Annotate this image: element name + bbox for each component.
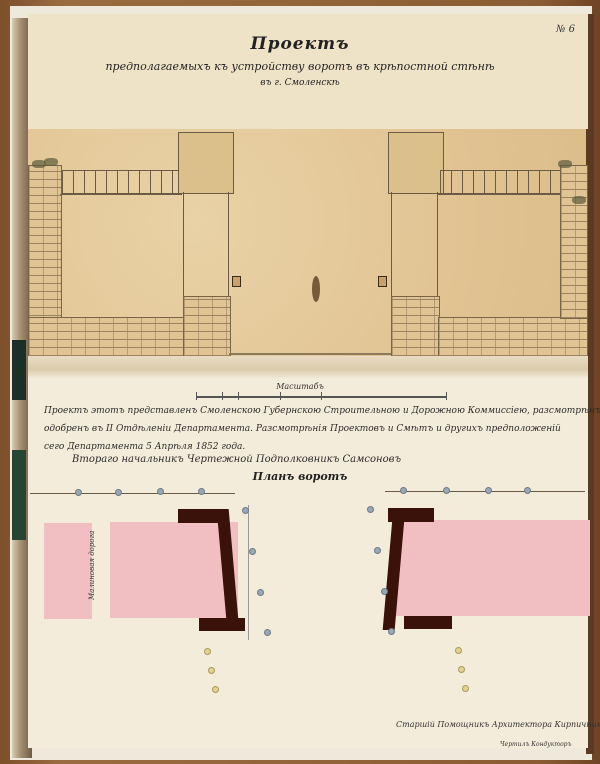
- ink-stain: [312, 276, 320, 302]
- scale-tick: [222, 392, 223, 400]
- ivy-decoration: [558, 160, 572, 168]
- scale-tick: [446, 392, 447, 400]
- post-marker: [264, 629, 271, 636]
- post-marker: [400, 487, 407, 494]
- left-tower-cap: [178, 132, 234, 194]
- ivy-decoration: [44, 158, 58, 166]
- paper-fold: [28, 356, 588, 379]
- post-marker: [257, 589, 264, 596]
- scale-tick: [238, 392, 239, 400]
- document-location: въ г. Смоленскѣ: [0, 78, 600, 88]
- scale-tick: [280, 392, 281, 400]
- lamp-marker: [455, 647, 462, 654]
- architect-signature: Старшiй Помощникъ Архитектора Кирпичнико…: [396, 720, 600, 729]
- post-marker: [485, 487, 492, 494]
- binding-strip-dark: [12, 340, 26, 400]
- approval-line-3: сего Департамента 5 Апрѣля 1852 года.: [44, 442, 584, 452]
- approval-signature: Втораго начальникъ Чертежной Подполковни…: [72, 454, 600, 465]
- scale-tick: [196, 392, 197, 400]
- draftsman-signature: Чертилъ Кондукторъ: [500, 741, 572, 748]
- lamp-marker: [212, 686, 219, 693]
- post-marker: [75, 489, 82, 496]
- lamp-marker: [204, 648, 211, 655]
- post-marker: [388, 628, 395, 635]
- left-lantern-icon: [232, 276, 241, 287]
- ground-line: [229, 353, 391, 355]
- post-marker: [374, 547, 381, 554]
- post-marker: [157, 488, 164, 495]
- right-lantern-icon: [378, 276, 387, 287]
- lamp-marker: [462, 685, 469, 692]
- right-gate-wall: [404, 616, 452, 629]
- document-subtitle: предполагаемыхъ къ устройству воротъ въ …: [0, 60, 600, 73]
- right-tower-base: [391, 296, 440, 357]
- left-tower-base: [183, 296, 231, 357]
- right-wall-outline: [438, 194, 560, 195]
- left-fence: [62, 170, 182, 195]
- ivy-decoration: [572, 196, 586, 204]
- post-marker: [198, 488, 205, 495]
- right-edge-wall: [560, 165, 588, 319]
- lamp-marker: [458, 666, 465, 673]
- post-marker: [381, 588, 388, 595]
- left-gate-wall: [178, 509, 222, 523]
- left-gate-wall: [199, 618, 245, 631]
- right-tower-cap: [388, 132, 444, 194]
- approval-line-1: Проектъ этотъ представленъ Смоленскою Гу…: [44, 406, 584, 416]
- post-marker: [443, 487, 450, 494]
- left-wall-base: [28, 317, 185, 357]
- post-marker: [242, 507, 249, 514]
- scale-title: Масштабъ: [0, 382, 600, 391]
- street-label: Малиновая дорога: [88, 531, 96, 600]
- left-wall-outline: [60, 194, 182, 195]
- post-marker: [524, 487, 531, 494]
- scale-tick: [321, 392, 322, 400]
- lamp-marker: [208, 667, 215, 674]
- right-wall-base: [438, 317, 588, 357]
- document-title: Проектъ: [0, 34, 600, 54]
- binding-strip-green: [12, 450, 26, 540]
- right-fence: [440, 170, 560, 195]
- post-marker: [115, 489, 122, 496]
- right-plot-main: [396, 520, 590, 616]
- post-marker: [249, 548, 256, 555]
- approval-line-2: одобренъ въ II Отдѣленiи Департамента. Р…: [44, 424, 584, 434]
- left-plot-small: [44, 523, 92, 619]
- post-marker: [367, 506, 374, 513]
- plan-title: Планъ воротъ: [0, 470, 600, 483]
- left-street-curve: [248, 505, 249, 640]
